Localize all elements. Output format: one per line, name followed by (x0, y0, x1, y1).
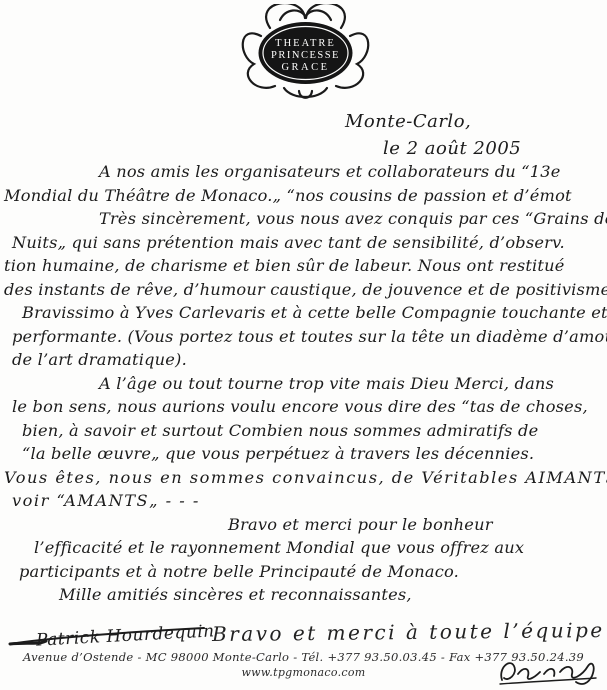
letter-body: A nos amis les organisateurs et collabor… (4, 160, 604, 607)
letterhead-footer: Avenue d’Ostende - MC 98000 Monte-Carlo … (0, 650, 607, 680)
body-line: Vous êtes, nous en sommes convaincus, de… (4, 466, 604, 490)
body-line: Mondial du Théâtre de Monaco.„ “nos cous… (4, 184, 604, 208)
body-line: bien, à savoir et surtout Combien nous s… (4, 419, 604, 443)
theatre-princesse-grace-logo: THEATRE PRINCESSE GRACE (228, 4, 383, 102)
logo-ornament-icon: THEATRE PRINCESSE GRACE (228, 4, 383, 102)
body-line: de l’art dramatique). (4, 348, 604, 372)
body-line: l’efficacité et le rayonnement Mondial q… (4, 536, 604, 560)
body-line: Mille amitiés sincères et reconnaissante… (4, 583, 604, 607)
body-line: Très sincèrement, vous nous avez conquis… (4, 207, 604, 231)
logo-text-line3: GRACE (281, 62, 329, 73)
body-line: des instants de rêve, d’humour caustique… (4, 278, 604, 302)
letter-page: THEATRE PRINCESSE GRACE Monte-Carlo, le … (0, 0, 607, 690)
body-line: le bon sens, nous aurions voulu encore v… (4, 395, 604, 419)
body-line: Bravo et merci pour le bonheur (4, 513, 604, 537)
logo-text-line1: THEATRE (275, 38, 336, 49)
logo-text-line2: PRINCESSE (271, 50, 340, 61)
footer-website: www.tpgmonaco.com (0, 665, 607, 680)
date-line: le 2 août 2005 (345, 135, 521, 162)
body-line: voir “AMANTS„ - - - (4, 489, 604, 513)
body-line: “la belle œuvre„ que vous perpétuez à tr… (4, 442, 604, 466)
body-line: Bravissimo à Yves Carlevaris et à cette … (4, 301, 604, 325)
body-line: A l’âge ou tout tourne trop vite mais Di… (4, 372, 604, 396)
body-line: participants et à notre belle Principaut… (4, 560, 604, 584)
place-date-block: Monte-Carlo, le 2 août 2005 (345, 108, 521, 162)
body-line: A nos amis les organisateurs et collabor… (4, 160, 604, 184)
body-line: Nuits„ qui sans prétention mais avec tan… (4, 231, 604, 255)
body-line: performante. (Vous portez tous et toutes… (4, 325, 604, 349)
place-line: Monte-Carlo, (345, 108, 521, 135)
footer-address: Avenue d’Ostende - MC 98000 Monte-Carlo … (0, 650, 607, 665)
body-line: tion humaine, de charisme et bien sûr de… (4, 254, 604, 278)
closing-note: Bravo et merci à toute l’équipe (212, 618, 602, 646)
